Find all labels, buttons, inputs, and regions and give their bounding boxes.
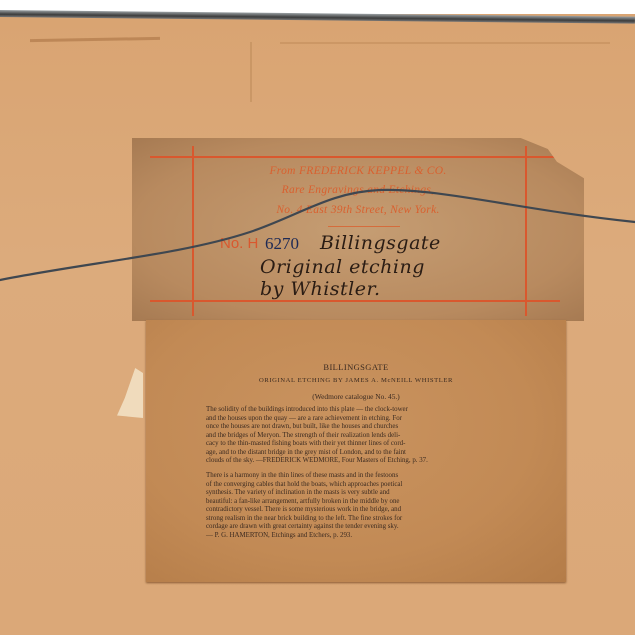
wedmore-quote: The solidity of the buildings introduced… [206,406,506,466]
text-line: — P. G. HAMERTON, Etchings and Etchers, … [206,532,506,541]
text-line: age, and to the distant bridge in the gr… [206,449,506,458]
dealer-trade: Rare Engravings and Etchings, [132,184,584,196]
text-line: of the converging cables that hold the b… [206,481,506,490]
text-line: once the houses are not drawn, but built… [206,423,506,432]
paper-crease [280,42,610,44]
handwritten-title: Billingsgate [320,232,441,254]
text-line: The solidity of the buildings introduced… [206,406,506,415]
text-line: cordage are drawn with great certainty a… [206,523,506,532]
text-line: strong realism in the near brick buildin… [206,515,506,524]
text-line: beautiful: a fan-like arrangement, artfu… [206,498,506,507]
catalogue-reference: (Wedmore catalogue No. 45.) [146,392,566,401]
print-title: BILLINGSGATE [146,362,566,372]
hamerton-quote: There is a harmony in the thin lines of … [206,472,506,540]
text-line: contradictory vessel. There is some myst… [206,506,506,515]
handwritten-artist: by Whistler. [260,278,381,300]
text-line: and the bridges of Meryon. The strength … [206,432,506,441]
text-line: cacy to the thin-masted fishing boats wi… [206,440,506,449]
divider [328,226,400,227]
paper-crease [250,42,252,102]
red-rule [150,300,560,302]
text-line: synthesis. The variety of inclination in… [206,489,506,498]
dealer-name: From FREDERICK KEPPEL & CO. [132,165,584,177]
dealer-label: From FREDERICK KEPPEL & CO. Rare Engravi… [132,138,584,321]
text-line: clouds of the sky. —FREDERICK WEDMORE, F… [206,457,506,466]
stock-number: 6270 [265,234,299,254]
text-line: There is a harmony in the thin lines of … [206,472,506,481]
dealer-address: No. 4 East 39th Street, New York. [132,204,584,216]
text-line: and the houses upon the quay — are a rar… [206,415,506,424]
number-prefix: No. H [220,235,258,252]
handwritten-medium: Original etching [260,256,425,278]
description-label: BILLINGSGATE ORIGINAL ETCHING BY JAMES A… [146,320,566,582]
red-rule [150,156,560,158]
print-subtitle: ORIGINAL ETCHING BY JAMES A. McNEILL WHI… [146,377,566,384]
